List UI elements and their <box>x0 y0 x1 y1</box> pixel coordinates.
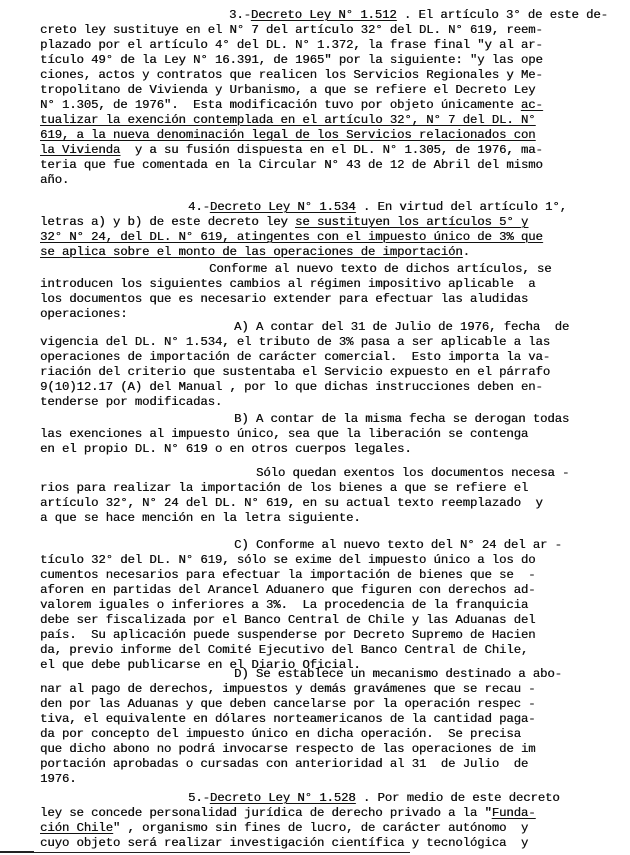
text-line: teria que fue comentada en la Circular N… <box>40 158 620 173</box>
text-run: den por las Aduanas y que deben cancelar… <box>40 697 535 711</box>
text-line: a que se hace mención en la letra siguie… <box>40 511 620 526</box>
text-run: rios para realizar la importación de los… <box>40 481 528 495</box>
underlined-text: Decreto Ley N° 1.534 <box>210 200 356 214</box>
text-run: 5.- <box>188 791 210 805</box>
text-run: debe ser fiscalizada por el Banco Centra… <box>40 613 535 627</box>
text-run: valorem iguales o inferiores a 3%. La pr… <box>40 598 528 612</box>
text-run: aforen en partidas del Arancel Aduanero … <box>40 583 535 597</box>
text-line: introducen los siguientes cambios al rég… <box>40 277 620 292</box>
text-run: operaciones de importación de carácter c… <box>40 350 550 364</box>
text-run: tropolitano de Vivienda y Urbanismo, a q… <box>40 83 535 97</box>
underlined-text: Decreto Ley N° 1.528 <box>210 791 356 805</box>
text-line: D) Se establece un mecanismo destinado a… <box>40 667 620 682</box>
underlined-text: la Vivienda <box>40 143 120 157</box>
text-line: debe ser fiscalizada por el Banco Centra… <box>40 613 620 628</box>
text-run: riación del criterio que sustentaba el S… <box>40 365 550 379</box>
text-run: teria que fue comentada en la Circular N… <box>40 158 543 172</box>
text-run: Sólo quedan exentos los documentos neces… <box>256 466 569 480</box>
section-heading-line: 5.-Decreto Ley N° 1.528 . Por medio de e… <box>40 791 620 806</box>
text-run: C) Conforme al nuevo texto del N° 24 del… <box>234 538 562 552</box>
text-run: tiva, el equivalente en dólares norteame… <box>40 712 535 726</box>
underlined-text: ción Chile <box>40 821 113 835</box>
underlined-text: tualizar la exención contemplada en el a… <box>40 113 535 127</box>
text-run: 9(10)12.17 (A) del Manual , por lo que d… <box>40 380 543 394</box>
text-line: artículo 32°, N° 24 del DL. N° 619, en s… <box>40 496 620 511</box>
text-run: N° 1.305, de 1976". Esta modificación tu… <box>40 98 521 112</box>
text-line: den por las Aduanas y que deben cancelar… <box>40 697 620 712</box>
text-run: " , organismo sin fines de lucro, de car… <box>113 821 528 835</box>
text-line: tualizar la exención contemplada en el a… <box>40 113 620 128</box>
text-run: a que se hace mención en la letra siguie… <box>40 511 361 525</box>
document-page: 3.-Decreto Ley N° 1.512 . El artículo 3°… <box>0 0 630 855</box>
underlined-text: se sustituyen los artículos 5° y <box>295 215 528 229</box>
text-run: plazado por el artículo 4° del DL. N° 1.… <box>40 38 543 52</box>
text-run: los documentos que es necesario extender… <box>40 292 528 306</box>
text-run: 4.- <box>188 200 210 214</box>
text-run: artículo 32°, N° 24 del DL. N° 619, en s… <box>40 496 543 510</box>
text-run: cuyo objeto será realizar investigación … <box>40 836 528 850</box>
text-line: rios para realizar la importación de los… <box>40 481 620 496</box>
text-line: riación del criterio que sustentaba el S… <box>40 365 620 380</box>
text-run: letras a) y b) de este decreto ley <box>40 215 295 229</box>
text-line: tículo 49° de la Ley N° 16.391, de 1965"… <box>40 53 620 68</box>
text-line: tículo 32° del DL. N° 619, sólo se exime… <box>40 553 620 568</box>
text-run: D) Se establece un mecanismo destinado a… <box>234 667 562 681</box>
underlined-text: 32° N° 24, del DL. N° 619, atingentes co… <box>40 230 543 244</box>
text-run: 3.- <box>229 8 251 22</box>
footer-rule <box>0 852 410 853</box>
text-line: plazado por el artículo 4° del DL. N° 1.… <box>40 38 620 53</box>
text-line: año. <box>40 173 620 188</box>
text-run: y a su fusión dispuesta en el DL. N° 1.3… <box>120 143 543 157</box>
text-line: da por concepto del impuesto único en di… <box>40 727 620 742</box>
text-run: vigencia del DL. N° 1.534, el tributo de… <box>40 335 550 349</box>
text-run: A) A contar del 31 de Julio de 1976, fec… <box>234 320 569 334</box>
section-heading-line: 4.-Decreto Ley N° 1.534 . En virtud del … <box>40 200 620 215</box>
text-line: tropolitano de Vivienda y Urbanismo, a q… <box>40 83 620 98</box>
text-line: cumentos necesarios para efectuar la imp… <box>40 568 620 583</box>
text-run: . En virtud del artículo 1°, <box>356 200 567 214</box>
text-line: valorem iguales o inferiores a 3%. La pr… <box>40 598 620 613</box>
text-run: creto ley sustituye en el N° 7 del artíc… <box>40 23 543 37</box>
text-line: ción Chile" , organismo sin fines de luc… <box>40 821 620 836</box>
text-line: aforen en partidas del Arancel Aduanero … <box>40 583 620 598</box>
text-line: tenderse por modificadas. <box>40 395 620 410</box>
text-run: año. <box>40 173 69 187</box>
text-run: nar al pago de derechos, impuestos y dem… <box>40 682 535 696</box>
text-run: portación aprobadas o cursadas con anter… <box>40 757 528 771</box>
text-line: 619, a la nueva denominación legal de lo… <box>40 128 620 143</box>
text-run: las exenciones al impuesto único, sea qu… <box>40 427 528 441</box>
text-run: . El artículo 3° de este de- <box>397 8 608 22</box>
text-line: portación aprobadas o cursadas con anter… <box>40 757 620 772</box>
text-run: en el propio DL. N° 619 o en otros cuerp… <box>40 442 412 456</box>
text-line: vigencia del DL. N° 1.534, el tributo de… <box>40 335 620 350</box>
text-line: letras a) y b) de este decreto ley se su… <box>40 215 620 230</box>
text-line: que dicho abono no podrá invocarse respe… <box>40 742 620 757</box>
text-run: . <box>463 245 470 259</box>
text-line: da, previo informe del Comité Ejecutivo … <box>40 643 620 658</box>
text-run: que dicho abono no podrá invocarse respe… <box>40 742 535 756</box>
underlined-text: 619, a la nueva denominación legal de lo… <box>40 128 535 142</box>
text-line: B) A contar de la misma fecha se derogan… <box>40 412 620 427</box>
text-run: introducen los siguientes cambios al rég… <box>40 277 535 291</box>
text-run: cumentos necesarios para efectuar la imp… <box>40 568 535 582</box>
text-line: las exenciones al impuesto único, sea qu… <box>40 427 620 442</box>
text-line: 32° N° 24, del DL. N° 619, atingentes co… <box>40 230 620 245</box>
text-run: . Por medio de este decreto <box>356 791 560 805</box>
text-run: ciones, actos y contratos que realicen l… <box>40 68 543 82</box>
text-run: tículo 32° del DL. N° 619, sólo se exime… <box>40 553 535 567</box>
underlined-text: se aplica sobre el monto de las operacio… <box>40 245 463 259</box>
underlined-text: Decreto Ley N° 1.512 <box>251 8 397 22</box>
text-run: ley se concede personalidad jurídica de … <box>40 806 492 820</box>
text-line: se aplica sobre el monto de las operacio… <box>40 245 620 260</box>
text-line: A) A contar del 31 de Julio de 1976, fec… <box>40 320 620 335</box>
text-run: operaciones: <box>40 307 127 321</box>
text-line: la Vivienda y a su fusión dispuesta en e… <box>40 143 620 158</box>
text-line: ley se concede personalidad jurídica de … <box>40 806 620 821</box>
underlined-text: ac- <box>521 98 543 112</box>
text-line: ciones, actos y contratos que realicen l… <box>40 68 620 83</box>
text-line: cuyo objeto será realizar investigación … <box>40 836 620 851</box>
text-run: tenderse por modificadas. <box>40 395 222 409</box>
text-run: da por concepto del impuesto único en di… <box>40 727 521 741</box>
text-line: país. Su aplicación puede suspenderse po… <box>40 628 620 643</box>
text-line: N° 1.305, de 1976". Esta modificación tu… <box>40 98 620 113</box>
text-run: B) A contar de la misma fecha se derogan… <box>234 412 569 426</box>
text-run: tículo 49° de la Ley N° 16.391, de 1965"… <box>40 53 543 67</box>
section-heading-line: 3.-Decreto Ley N° 1.512 . El artículo 3°… <box>40 8 620 23</box>
underlined-text: Funda- <box>492 806 536 820</box>
text-line: Sólo quedan exentos los documentos neces… <box>40 466 620 481</box>
text-line: los documentos que es necesario extender… <box>40 292 620 307</box>
text-line: tiva, el equivalente en dólares norteame… <box>40 712 620 727</box>
text-line: 1976. <box>40 772 620 787</box>
text-line: 9(10)12.17 (A) del Manual , por lo que d… <box>40 380 620 395</box>
text-line: operaciones de importación de carácter c… <box>40 350 620 365</box>
text-run: da, previo informe del Comité Ejecutivo … <box>40 643 528 657</box>
text-line: nar al pago de derechos, impuestos y dem… <box>40 682 620 697</box>
text-run: 1976. <box>40 772 76 786</box>
text-run: país. Su aplicación puede suspenderse po… <box>40 628 535 642</box>
text-run: Conforme al nuevo texto de dichos artícu… <box>209 262 551 276</box>
text-line: creto ley sustituye en el N° 7 del artíc… <box>40 23 620 38</box>
text-line: en el propio DL. N° 619 o en otros cuerp… <box>40 442 620 457</box>
text-line: Conforme al nuevo texto de dichos artícu… <box>40 262 620 277</box>
text-line: C) Conforme al nuevo texto del N° 24 del… <box>40 538 620 553</box>
